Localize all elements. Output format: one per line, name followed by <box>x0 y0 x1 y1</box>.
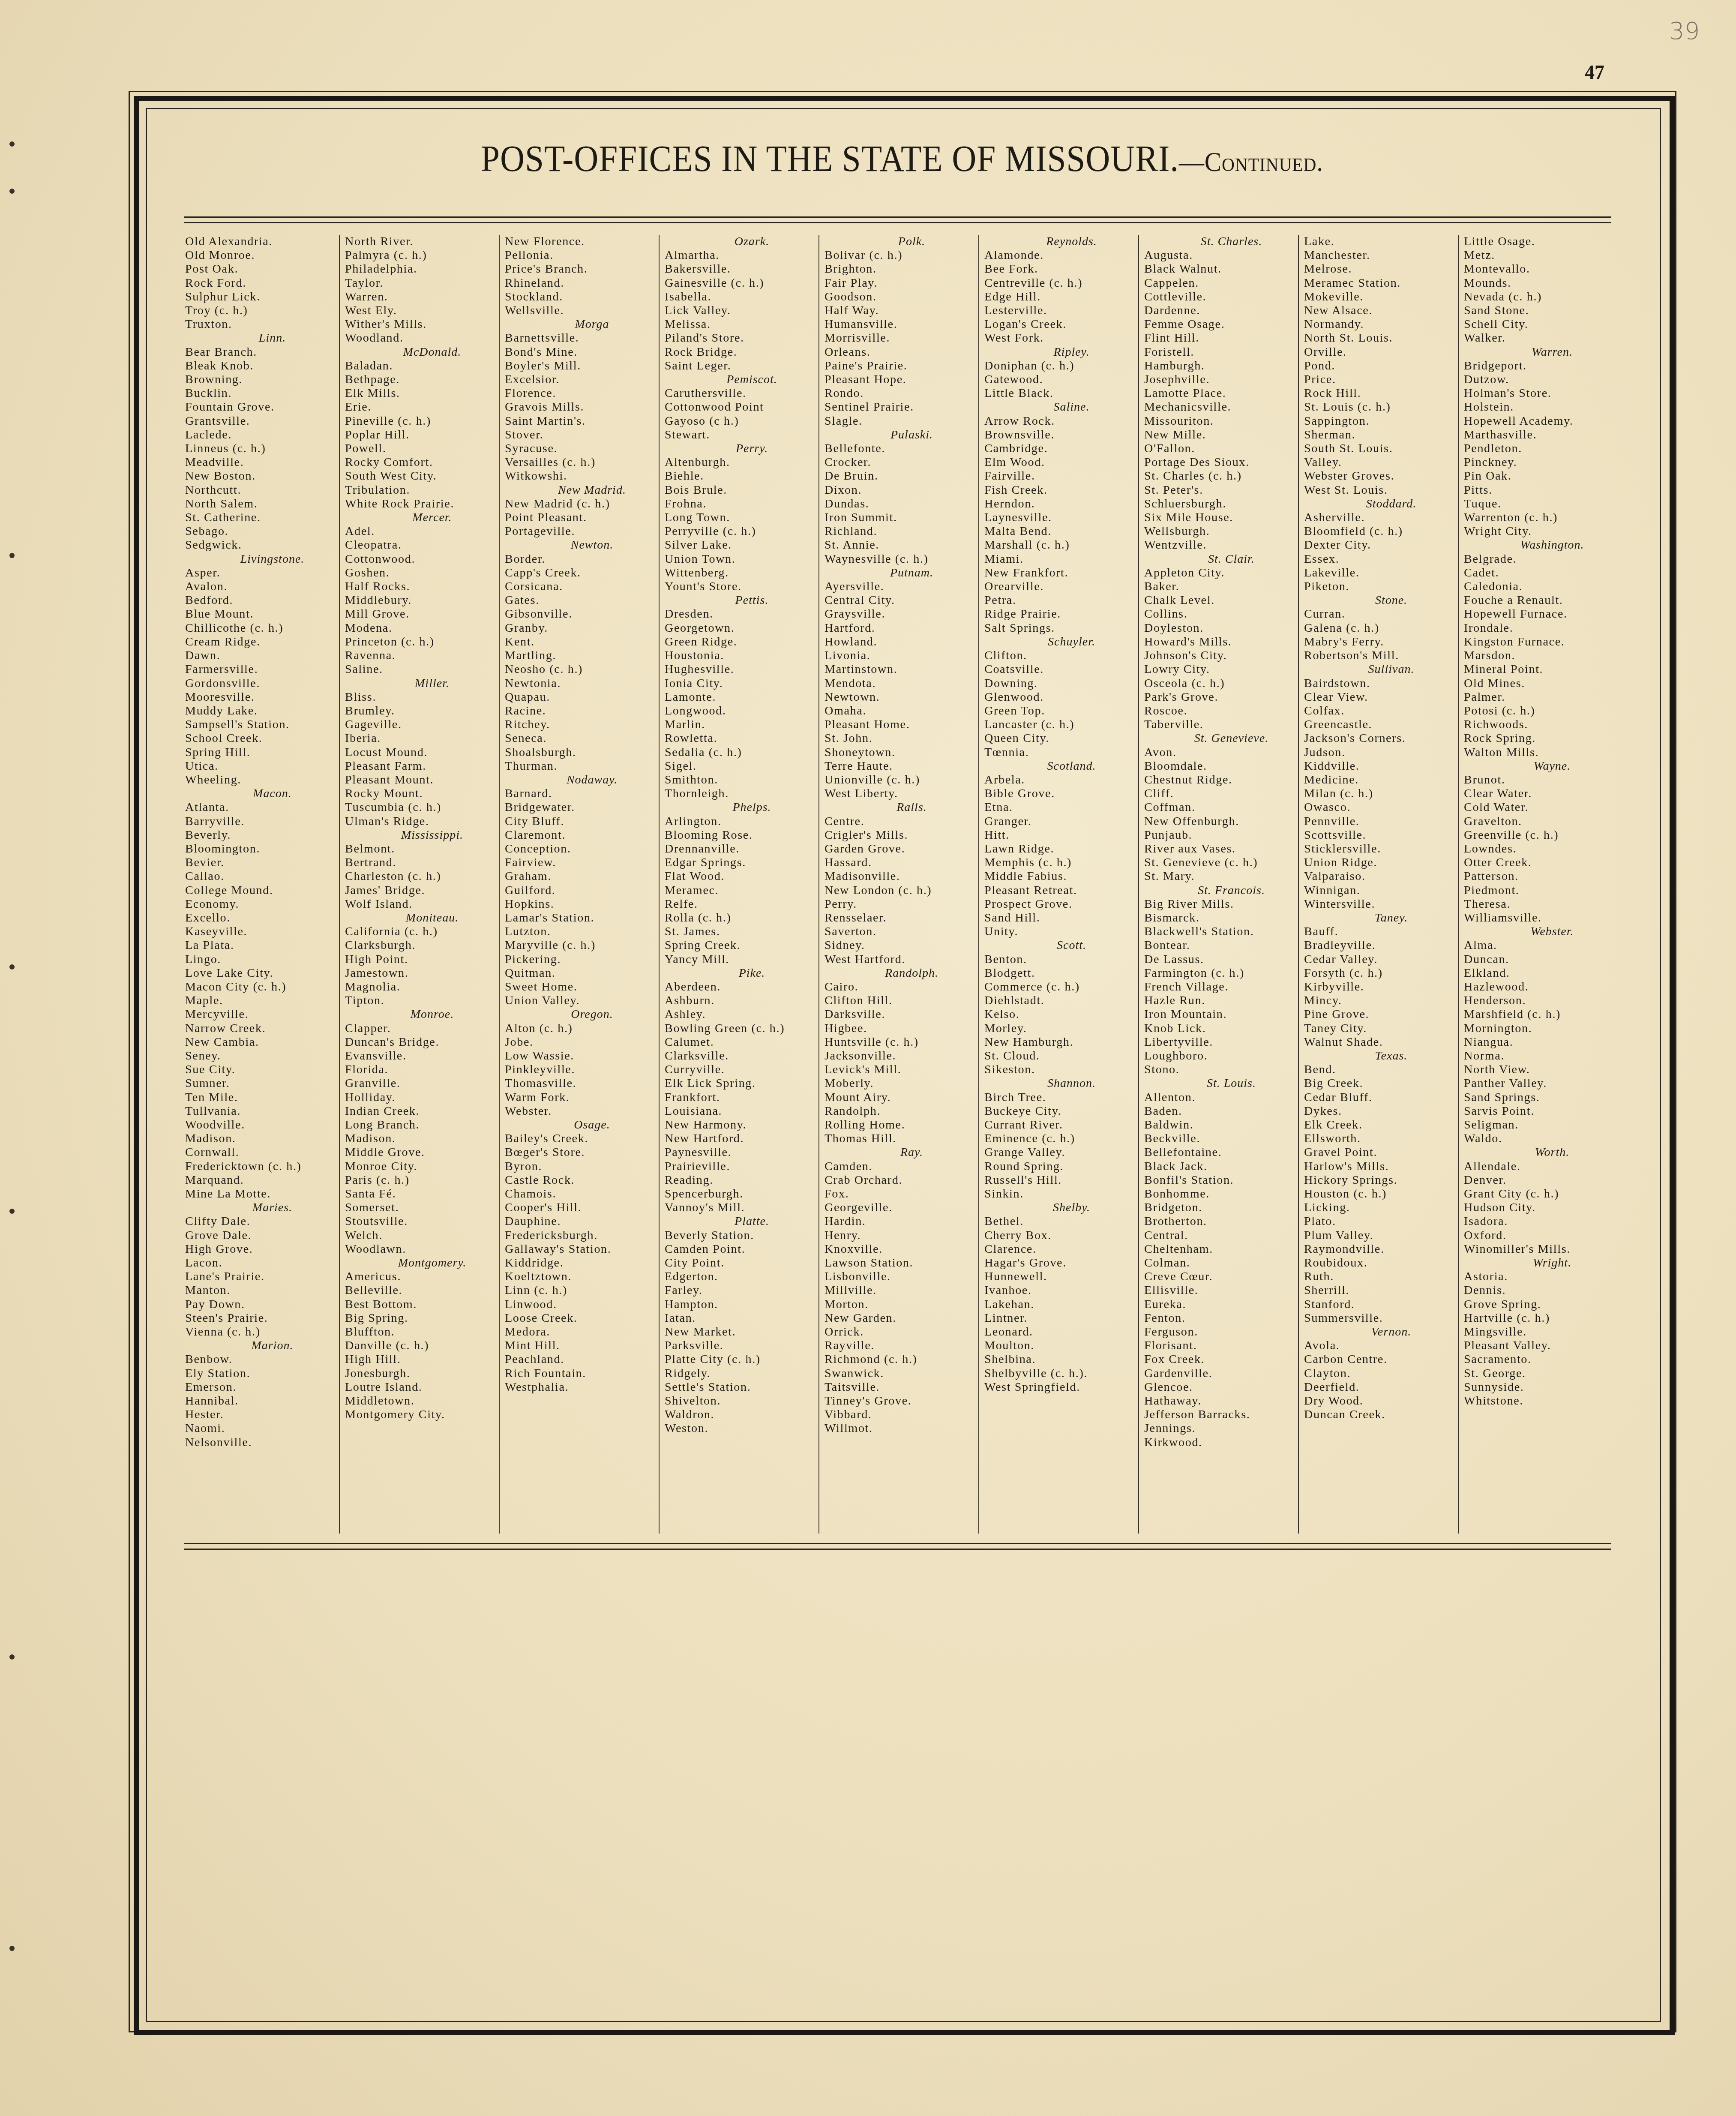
post-office-entry: Rock Hill. <box>1304 387 1453 400</box>
post-office-entry: Green Top. <box>984 704 1133 718</box>
post-office-entry: Fountain Grove. <box>185 400 334 414</box>
post-office-entry: Pleasant Hope. <box>825 373 973 387</box>
post-office-entry: Femme Osage. <box>1144 318 1293 331</box>
post-office-entry: Ferguson. <box>1144 1325 1293 1339</box>
post-office-entry: Colfax. <box>1304 704 1453 718</box>
post-office-entry: Stewart. <box>665 428 813 442</box>
post-office-entry: Creve Cœur. <box>1144 1270 1293 1284</box>
post-office-entry: Clear View. <box>1304 690 1453 704</box>
post-office-entry: Best Bottom. <box>345 1298 494 1312</box>
post-office-entry: Steen's Prairie. <box>185 1312 334 1325</box>
county-section: New Madrid.New Madrid (c. h.)Point Pleas… <box>505 483 654 539</box>
post-office-entry: Piedmont. <box>1464 884 1615 897</box>
post-office-entry: Half Way. <box>825 304 973 318</box>
post-office-entry: Marsdon. <box>1464 649 1615 663</box>
post-office-entry: Valley. <box>1304 456 1453 469</box>
post-office-entry: Malta Bend. <box>984 525 1133 538</box>
post-office-entry: Walker. <box>1464 331 1615 345</box>
post-office-entry: Fouche a Renault. <box>1464 594 1615 607</box>
post-office-entry: Powell. <box>345 442 494 456</box>
post-office-entry: Waldron. <box>665 1408 813 1422</box>
column-7: St. Charles.Augusta.Black Walnut.Cappele… <box>1139 235 1299 1534</box>
post-office-entry: Chamois. <box>505 1187 654 1201</box>
post-office-entry: Mokeville. <box>1304 290 1453 304</box>
county-section: Moniteau.California (c. h.)Clarksburgh.H… <box>345 911 494 1008</box>
post-office-entry: Lintner. <box>984 1312 1133 1325</box>
post-office-entry: Galena (c. h.) <box>1304 621 1453 635</box>
post-office-entry: Schluersburgh. <box>1144 497 1293 511</box>
county-heading: Ripley. <box>984 345 1133 359</box>
post-office-entry: Big River Mills. <box>1144 897 1293 911</box>
post-office-entry: Lakehan. <box>984 1298 1133 1312</box>
county-heading: St. Francois. <box>1144 884 1293 897</box>
post-office-entry: Lamotte Place. <box>1144 387 1293 400</box>
county-section: St. Genevieve.Avon.Bloomdale.Chestnut Ri… <box>1144 732 1293 883</box>
post-office-entry: Bridgeport. <box>1464 359 1615 373</box>
post-office-entry: Union Ridge. <box>1304 856 1453 870</box>
post-office-entry: Linneus (c. h.) <box>185 442 334 456</box>
post-office-entry: Camden Point. <box>665 1243 813 1256</box>
post-office-entry: St. Peter's. <box>1144 483 1293 497</box>
post-office-entry: Boyler's Mill. <box>505 359 654 373</box>
post-office-entry: Sarvis Point. <box>1464 1105 1615 1118</box>
post-office-entry: Hardin. <box>825 1215 973 1228</box>
post-office-entry: Bontear. <box>1144 939 1293 952</box>
post-office-entry: Locust Mound. <box>345 746 494 759</box>
post-office-entry: Black Jack. <box>1144 1160 1293 1174</box>
post-office-entry: Chillicothe (c. h.) <box>185 621 334 635</box>
post-office-entry: West Liberty. <box>825 787 973 801</box>
post-office-entry: Greenville (c. h.) <box>1464 828 1615 842</box>
post-office-entry: Pickering. <box>505 953 654 966</box>
post-office-entry: Edgerton. <box>665 1270 813 1284</box>
post-office-entry: Centreville (c. h.) <box>984 276 1133 290</box>
post-office-entry: Josephville. <box>1144 373 1293 387</box>
post-office-entry: Kingston Furnace. <box>1464 635 1615 649</box>
post-office-entry: Waldo. <box>1464 1132 1615 1146</box>
post-office-entry: Colman. <box>1144 1256 1293 1270</box>
post-office-entry: New Alsace. <box>1304 304 1453 318</box>
post-office-entry: Rayville. <box>825 1339 973 1353</box>
post-office-entry: Farmersville. <box>185 663 334 676</box>
county-section: Lake.Manchester.Melrose.Meramec Station.… <box>1304 235 1453 497</box>
post-office-entry: Morley. <box>984 1022 1133 1035</box>
post-office-entry: Gallaway's Station. <box>505 1243 654 1256</box>
post-office-entry: Bellefonte. <box>825 442 973 456</box>
post-office-entry: Yount's Store. <box>665 580 813 594</box>
post-office-entry: Ellsworth. <box>1304 1132 1453 1146</box>
post-office-entry: Melrose. <box>1304 262 1453 276</box>
post-office-entry: Big Spring. <box>345 1312 494 1325</box>
column-2: North River.Palmyra (c. h.)Philadelphia.… <box>340 235 500 1534</box>
post-office-entry: Cliff. <box>1144 787 1293 801</box>
post-office-entry: California (c. h.) <box>345 925 494 939</box>
column-3: New Florence.Pellonia.Price's Branch.Rhi… <box>500 235 660 1534</box>
post-office-entry: St. George. <box>1464 1367 1615 1381</box>
post-office-entry: Beverly Station. <box>665 1229 813 1243</box>
post-office-entry: Centre. <box>825 815 973 828</box>
post-office-entry: Holliday. <box>345 1091 494 1105</box>
post-office-entry: Morrisville. <box>825 331 973 345</box>
post-office-entry: Magnolia. <box>345 980 494 994</box>
column-1: Old Alexandria.Old Monroe.Post Oak.Rock … <box>180 235 340 1534</box>
post-office-entry: High Hill. <box>345 1353 494 1366</box>
header-rule <box>184 216 1611 223</box>
county-section: Marion.Benbow.Ely Station.Emerson.Hannib… <box>185 1339 334 1450</box>
post-office-entry: Orrick. <box>825 1325 973 1339</box>
post-office-entry: Lane's Prairie. <box>185 1270 334 1284</box>
post-office-entry: Cream Ridge. <box>185 635 334 649</box>
post-office-entry: Danville (c. h.) <box>345 1339 494 1353</box>
post-office-entry: Holman's Store. <box>1464 387 1615 400</box>
post-office-entry: Martling. <box>505 649 654 663</box>
post-office-entry: Rock Ford. <box>185 276 334 290</box>
post-office-entry: Harlow's Mills. <box>1304 1160 1453 1174</box>
post-office-entry: Cappelen. <box>1144 276 1293 290</box>
post-office-entry: Wolf Island. <box>345 897 494 911</box>
post-office-entry: Spencerburgh. <box>665 1187 813 1201</box>
post-office-entry: Essex. <box>1304 552 1453 566</box>
post-office-entry: Mechanicsville. <box>1144 400 1293 414</box>
post-office-entry: Higbee. <box>825 1022 973 1035</box>
post-office-entry: Queen City. <box>984 732 1133 745</box>
post-office-entry: Cadet. <box>1464 566 1615 580</box>
post-office-entry: Ashburn. <box>665 994 813 1008</box>
post-office-entry: Wither's Mills. <box>345 318 494 331</box>
post-office-entry: Iron Mountain. <box>1144 1008 1293 1021</box>
post-office-entry: Marquand. <box>185 1174 334 1187</box>
county-section: Stone.Curran.Galena (c. h.)Mabry's Ferry… <box>1304 594 1453 663</box>
county-heading: Morga <box>505 318 654 331</box>
post-office-entry: Metz. <box>1464 249 1615 262</box>
post-office-entry: Lingo. <box>185 953 334 966</box>
post-office-entry: Madison. <box>185 1132 334 1146</box>
post-office-entry: Love Lake City. <box>185 966 334 980</box>
post-office-entry: Allenton. <box>1144 1091 1293 1105</box>
post-office-entry: Central. <box>1144 1229 1293 1243</box>
post-office-entry: Wright City. <box>1464 525 1615 538</box>
post-office-entry: Woodlawn. <box>345 1243 494 1256</box>
post-office-entry: Weston. <box>665 1422 813 1435</box>
post-office-entry: Newtown. <box>825 690 973 704</box>
county-section: Ray.Camden.Crab Orchard.Fox.Georgeville.… <box>825 1146 973 1435</box>
column-6: Reynolds.Alamonde.Bee Fork.Centreville (… <box>979 235 1139 1534</box>
post-office-entry: Florida. <box>345 1063 494 1077</box>
post-office-entry: Gordonsville. <box>185 677 334 690</box>
post-office-entry: Altenburgh. <box>665 456 813 469</box>
post-office-entry: Fairview. <box>505 856 654 870</box>
post-office-entry: Hudson City. <box>1464 1201 1615 1215</box>
county-heading: Scotland. <box>984 759 1133 773</box>
county-section: Webster.Alma.Duncan.Elkland.Hazlewood.He… <box>1464 925 1615 1146</box>
post-office-entry: Portageville. <box>505 525 654 538</box>
post-office-entry: Grantsville. <box>185 414 334 428</box>
post-office-entry: Granville. <box>345 1077 494 1090</box>
post-office-entry: Gayoso (c h.) <box>665 414 813 428</box>
post-office-entry: Cheltenham. <box>1144 1243 1293 1256</box>
county-heading: St. Genevieve. <box>1144 732 1293 745</box>
post-office-entry: Charleston (c. h.) <box>345 870 494 883</box>
post-office-entry: Kent. <box>505 635 654 649</box>
post-office-entry: Saint Leger. <box>665 359 813 373</box>
post-office-entry: Cairo. <box>825 980 973 994</box>
county-heading: Pemiscot. <box>665 373 813 387</box>
post-office-entry: Westphalia. <box>505 1381 654 1394</box>
post-office-entry: Cambridge. <box>984 442 1133 456</box>
county-heading: St. Clair. <box>1144 552 1293 566</box>
post-office-entry: Neosho (c. h.) <box>505 663 654 676</box>
post-office-entry: Crocker. <box>825 456 973 469</box>
post-office-entry: Gates. <box>505 594 654 607</box>
post-office-entry: Chestnut Ridge. <box>1144 773 1293 787</box>
post-office-entry: Elk Creek. <box>1304 1118 1453 1132</box>
post-office-entry: Bethel. <box>984 1215 1133 1228</box>
post-office-entry: Lisbonville. <box>825 1270 973 1284</box>
post-office-entry: Pay Down. <box>185 1298 334 1312</box>
post-office-entry: Pleasant Retreat. <box>984 884 1133 897</box>
post-office-entry: Cherry Box. <box>984 1229 1133 1243</box>
post-office-entry: Moberly. <box>825 1077 973 1090</box>
post-office-entry: Jobe. <box>505 1035 654 1049</box>
county-section: Scott.Benton.Blodgett.Commerce (c. h.)Di… <box>984 939 1133 1077</box>
post-office-entry: Alamonde. <box>984 249 1133 262</box>
post-office-entry: Arrow Rock. <box>984 414 1133 428</box>
post-office-entry: Thornleigh. <box>665 787 813 801</box>
post-office-entry: Sedalia (c. h.) <box>665 746 813 759</box>
post-office-entry: Ellisville. <box>1144 1284 1293 1297</box>
page-number: 47 <box>1585 61 1604 84</box>
post-office-entry: Greencastle. <box>1304 718 1453 732</box>
post-office-entry: Sweet Home. <box>505 980 654 994</box>
post-office-entry: Ulman's Ridge. <box>345 815 494 828</box>
county-heading: Putnam. <box>825 566 973 580</box>
post-office-entry: Iberia. <box>345 732 494 745</box>
post-office-entry: Hannibal. <box>185 1394 334 1408</box>
post-office-entry: Warrenton (c. h.) <box>1464 511 1615 525</box>
county-section: Ozark.Almartha.Bakersville.Gainesville (… <box>665 235 813 373</box>
post-office-entry: Middlebury. <box>345 594 494 607</box>
post-office-entry: Stono. <box>1144 1063 1293 1077</box>
post-office-entry: Flint Hill. <box>1144 331 1293 345</box>
post-office-entry: Bend. <box>1304 1063 1453 1077</box>
post-office-entry: Crab Orchard. <box>825 1174 973 1187</box>
post-office-entry: New Offenburgh. <box>1144 815 1293 828</box>
post-office-entry: Omaha. <box>825 704 973 718</box>
post-office-entry: Spring Creek. <box>665 939 813 952</box>
post-office-entry: Duncan Creek. <box>1304 1408 1453 1422</box>
county-section: Linn.Bear Branch.Bleak Knob.Browning.Buc… <box>185 331 334 552</box>
post-office-entry: Capp's Creek. <box>505 566 654 580</box>
binding-hole <box>9 1209 15 1214</box>
post-office-entry: Byron. <box>505 1160 654 1174</box>
post-office-entry: Settle's Station. <box>665 1381 813 1394</box>
post-office-entry: Old Monroe. <box>185 249 334 262</box>
post-office-entry: Sappington. <box>1304 414 1453 428</box>
post-office-entry: Slagle. <box>825 414 973 428</box>
post-office-entry: Richmond (c. h.) <box>825 1353 973 1366</box>
county-section: MorgaBarnettsville.Bond's Mine.Boyler's … <box>505 318 654 483</box>
post-office-entry: Norma. <box>1464 1049 1615 1063</box>
post-office-entry: North St. Louis. <box>1304 331 1453 345</box>
post-office-entry: New Hartford. <box>665 1132 813 1146</box>
post-office-entry: Cold Water. <box>1464 801 1615 814</box>
post-office-entry: Collins. <box>1144 607 1293 621</box>
post-office-entry: Elm Wood. <box>984 456 1133 469</box>
county-heading: Stoddard. <box>1304 497 1453 511</box>
post-office-entry: Shelbina. <box>984 1353 1133 1366</box>
post-office-entry: New Cambia. <box>185 1035 334 1049</box>
county-heading: Perry. <box>665 442 813 456</box>
county-section: Mississippi.Belmont.Bertrand.Charleston … <box>345 828 494 911</box>
post-office-entry: School Creek. <box>185 732 334 745</box>
post-office-entry: Evansville. <box>345 1049 494 1063</box>
post-office-entry: Drennanville. <box>665 842 813 856</box>
post-office-entry: Longwood. <box>665 704 813 718</box>
post-office-entry: New Garden. <box>825 1312 973 1325</box>
post-office-entry: Maryville (c. h.) <box>505 939 654 952</box>
post-office-entry: Bauff. <box>1304 925 1453 939</box>
county-heading: Warren. <box>1464 345 1615 359</box>
post-office-entry: Farmington (c. h.) <box>1144 966 1293 980</box>
post-office-entry: Jacksonville. <box>825 1049 973 1063</box>
post-office-entry: Kiddville. <box>1304 759 1453 773</box>
post-office-entry: North Salem. <box>185 497 334 511</box>
post-office-entry: Excello. <box>185 911 334 925</box>
post-office-entry: South West City. <box>345 469 494 483</box>
county-heading: St. Louis. <box>1144 1077 1293 1090</box>
post-office-entry: Atlanta. <box>185 801 334 814</box>
post-office-entry: Swanwick. <box>825 1367 973 1381</box>
post-office-entry: Melissa. <box>665 318 813 331</box>
post-office-entry: Ruth. <box>1304 1270 1453 1284</box>
county-heading: Macon. <box>185 787 334 801</box>
post-office-entry: Utica. <box>185 759 334 773</box>
post-office-entry: Aberdeen. <box>665 980 813 994</box>
post-office-entry: Middle Grove. <box>345 1146 494 1159</box>
county-section: Miller.Bliss.Brumley.Gageville.Iberia.Lo… <box>345 677 494 828</box>
county-heading: Texas. <box>1304 1049 1453 1063</box>
post-office-entry: Jamestown. <box>345 966 494 980</box>
post-office-entry: Bakersville. <box>665 262 813 276</box>
post-office-entry: Williamsville. <box>1464 911 1615 925</box>
binding-hole <box>9 964 15 969</box>
post-office-entry: Goshen. <box>345 566 494 580</box>
post-office-entry: Truxton. <box>185 318 334 331</box>
post-office-entry: Yancy Mill. <box>665 953 813 966</box>
post-office-entry: New Market. <box>665 1325 813 1339</box>
post-office-entry: South St. Louis. <box>1304 442 1453 456</box>
post-office-entry: Curran. <box>1304 607 1453 621</box>
post-office-entry: Bliss. <box>345 690 494 704</box>
post-office-entry: Doyleston. <box>1144 621 1293 635</box>
post-office-entry: Barnard. <box>505 787 654 801</box>
post-office-entry: Sampsell's Station. <box>185 718 334 732</box>
post-office-entry: Bucklin. <box>185 387 334 400</box>
post-office-entry: Ten Mile. <box>185 1091 334 1105</box>
post-office-entry: Thomasville. <box>505 1077 654 1090</box>
post-office-entry: Hampton. <box>665 1298 813 1312</box>
post-office-entry: Crigler's Mills. <box>825 828 973 842</box>
post-office-entry: Medicine. <box>1304 773 1453 787</box>
post-office-entry: Houstonia. <box>665 649 813 663</box>
post-office-entry: Fredericktown (c. h.) <box>185 1160 334 1174</box>
post-office-entry: Leonard. <box>984 1325 1133 1339</box>
post-office-entry: Mint Hill. <box>505 1339 654 1353</box>
post-office-entry: Parksville. <box>665 1339 813 1353</box>
post-office-entry: Stover. <box>505 428 654 442</box>
post-office-entry: Seligman. <box>1464 1118 1615 1132</box>
county-section: Shannon.Birch Tree.Buckeye City.Currant … <box>984 1077 1133 1201</box>
post-office-entry: Americus. <box>345 1270 494 1284</box>
post-office-entry: Vienna (c. h.) <box>185 1325 334 1339</box>
post-office-entry: Fox. <box>825 1187 973 1201</box>
county-section: Washington.Belgrade.Cadet.Caledonia.Fouc… <box>1464 538 1615 759</box>
post-office-entry: Grant City (c. h.) <box>1464 1187 1615 1201</box>
post-office-entry: Kaseyville. <box>185 925 334 939</box>
post-office-entry: Low Wassie. <box>505 1049 654 1063</box>
post-office-entry: Jefferson Barracks. <box>1144 1408 1293 1422</box>
post-office-entry: French Village. <box>1144 980 1293 994</box>
post-office-entry: St. Mary. <box>1144 870 1293 883</box>
post-office-entry: Frohna. <box>665 497 813 511</box>
post-office-entry: Bowling Green (c. h.) <box>665 1022 813 1035</box>
post-office-entry: City Point. <box>665 1256 813 1270</box>
post-office-entry: Belgrade. <box>1464 552 1615 566</box>
post-office-entry: Half Rocks. <box>345 580 494 594</box>
post-office-entry: Rich Fountain. <box>505 1367 654 1381</box>
post-office-entry: Darksville. <box>825 1008 973 1021</box>
county-section: Sullivan.Bairdstown.Clear View.Colfax.Gr… <box>1304 663 1453 911</box>
county-section: Pulaski.Bellefonte.Crocker.De Bruin.Dixo… <box>825 428 973 566</box>
post-office-entry: Unionville (c. h.) <box>825 773 973 787</box>
title-main: POST-OFFICES IN THE STATE OF MISSOURI. <box>481 138 1179 179</box>
post-office-entry: Taitsville. <box>825 1381 973 1394</box>
post-office-entry: Pitts. <box>1464 483 1615 497</box>
column-9: Little Osage.Metz.Montevallo.Mounds.Neva… <box>1459 235 1620 1534</box>
post-office-entry: Duncan's Bridge. <box>345 1035 494 1049</box>
county-heading: Moniteau. <box>345 911 494 925</box>
post-office-entry: Punjaub. <box>1144 828 1293 842</box>
post-office-entry: Orleans. <box>825 345 973 359</box>
post-office-entry: Witkowshi. <box>505 469 654 483</box>
column-8: Lake.Manchester.Melrose.Meramec Station.… <box>1299 235 1459 1534</box>
post-office-entry: Duncan. <box>1464 953 1615 966</box>
post-office-entry: Winnigan. <box>1304 884 1453 897</box>
post-office-entry: Ashley. <box>665 1008 813 1021</box>
post-office-entry: Herndon. <box>984 497 1133 511</box>
post-office-entry: Missouriton. <box>1144 414 1293 428</box>
county-heading: New Madrid. <box>505 483 654 497</box>
county-section: Worth.Allendale.Denver.Grant City (c. h.… <box>1464 1146 1615 1256</box>
post-office-entry: Rocky Mount. <box>345 787 494 801</box>
post-office-entry: Laynesville. <box>984 511 1133 525</box>
post-office-entry: Manton. <box>185 1284 334 1297</box>
post-office-entry: Patterson. <box>1464 870 1615 883</box>
post-office-entry: Clifty Dale. <box>185 1215 334 1228</box>
post-office-entry: Licking. <box>1304 1201 1453 1215</box>
post-office-entry: Arbela. <box>984 773 1133 787</box>
post-office-entry: Hagar's Grove. <box>984 1256 1133 1270</box>
post-office-entry: Beverly. <box>185 828 334 842</box>
post-office-entry: Medora. <box>505 1325 654 1339</box>
post-office-entry: Richland. <box>825 525 973 538</box>
post-office-entry: O'Fallon. <box>1144 442 1293 456</box>
post-office-entry: Rensselaer. <box>825 911 973 925</box>
post-office-entry: Rhineland. <box>505 276 654 290</box>
post-office-entry: Linn (c. h.) <box>505 1284 654 1297</box>
post-office-entry: St. John. <box>825 732 973 745</box>
post-office-entry: Sacramento. <box>1464 1353 1615 1366</box>
